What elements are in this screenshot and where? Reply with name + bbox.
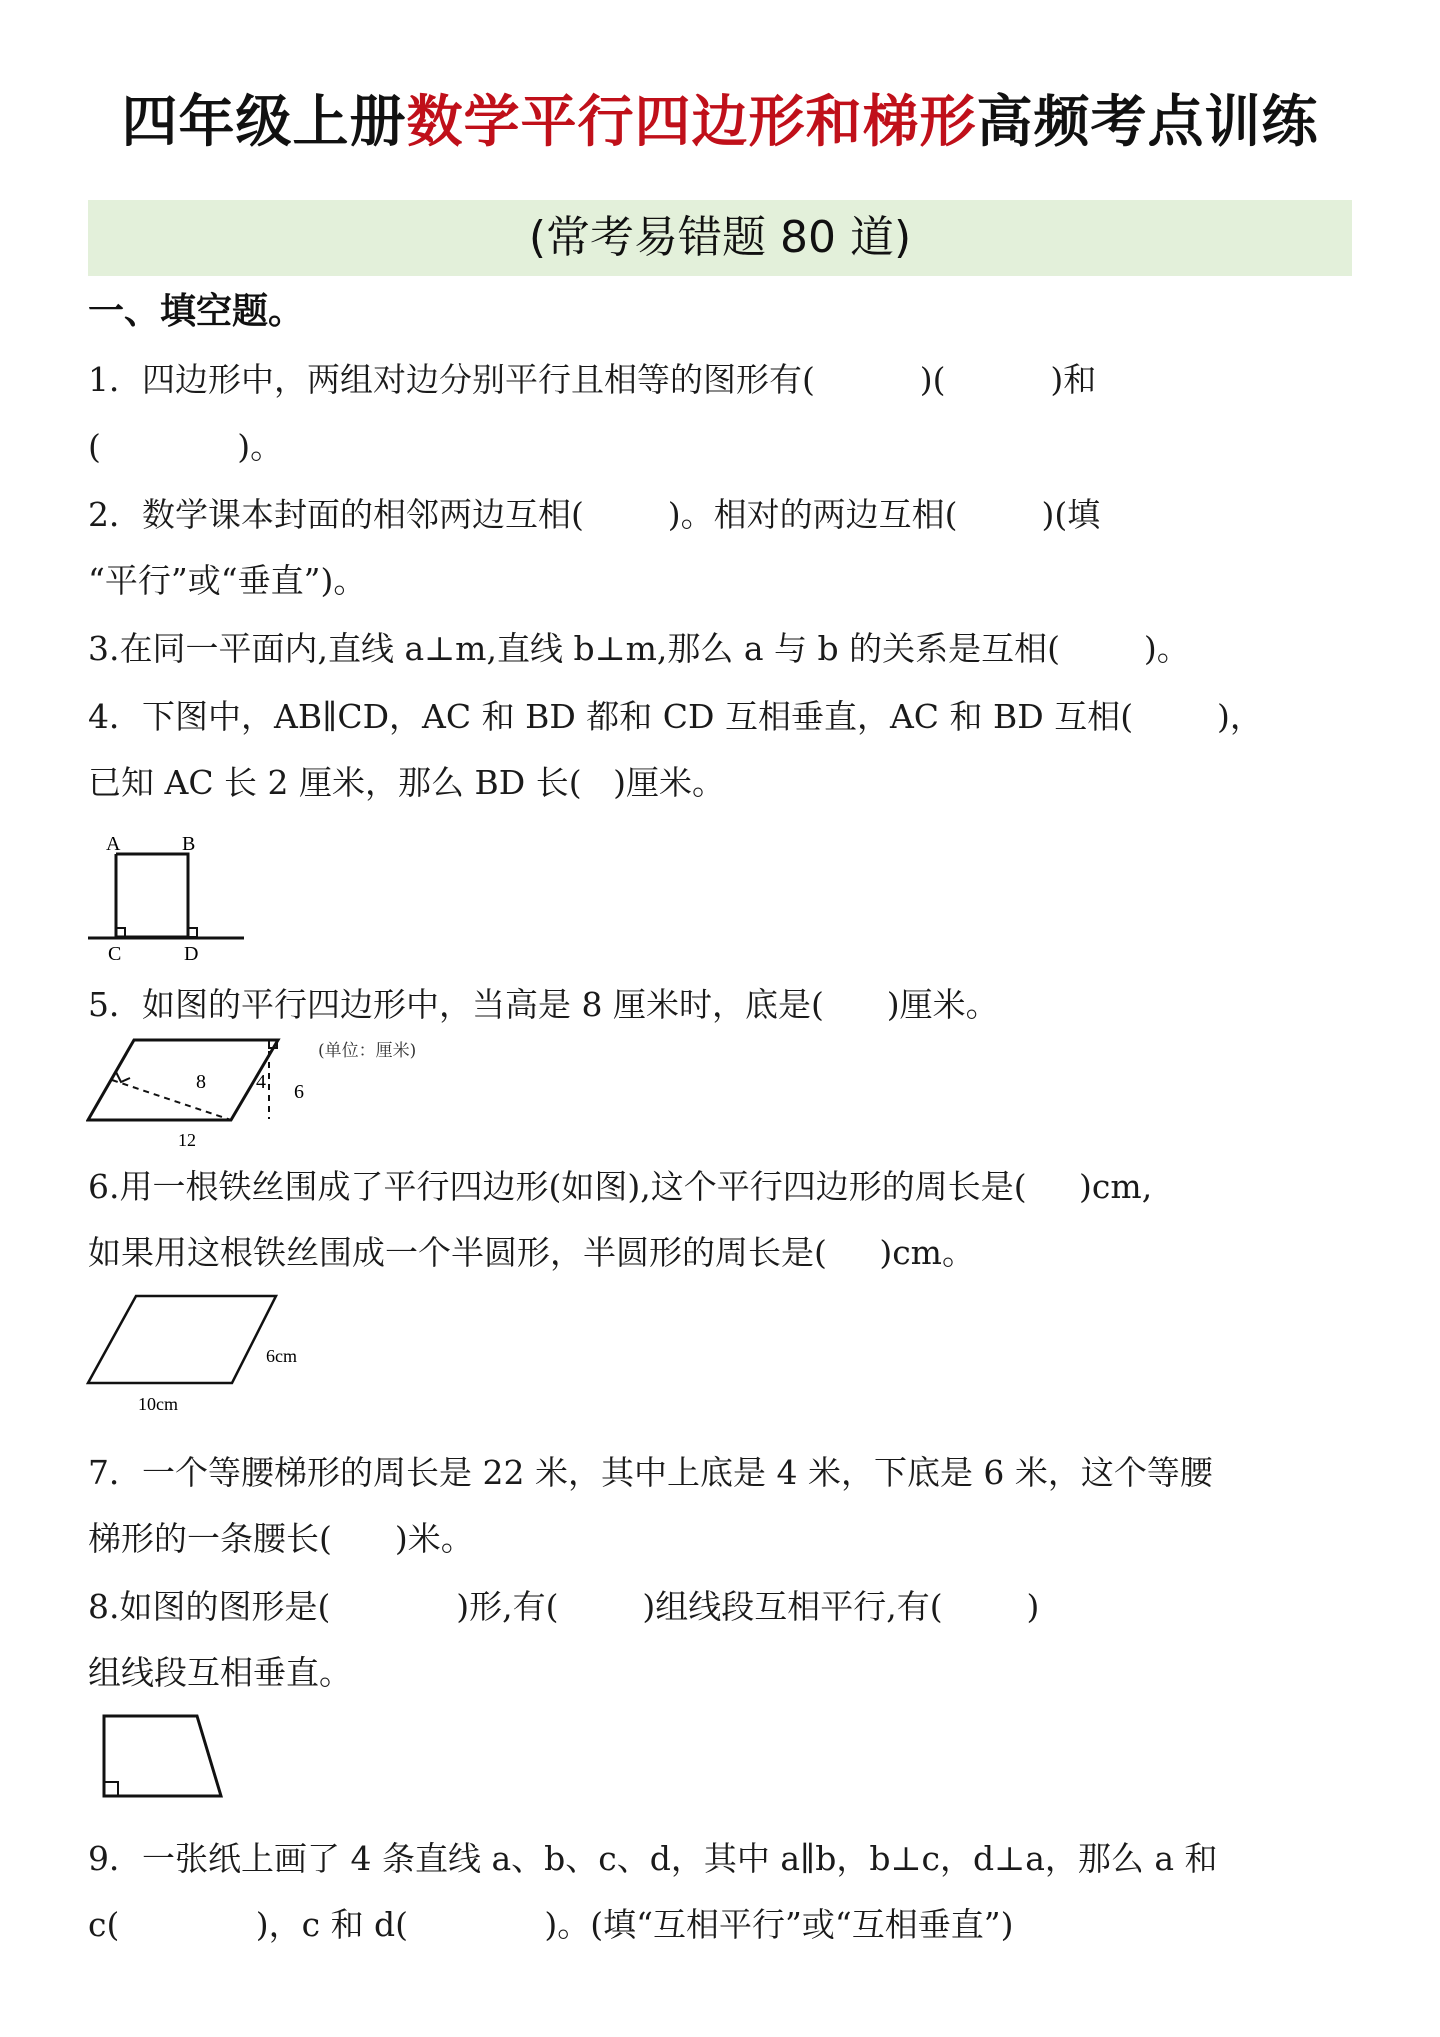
label-height-8: 8 <box>196 1071 206 1093</box>
question-6-line-2: 如果用这根铁丝围成一个半圆形，半圆形的周长是( )cm。 <box>88 1228 975 1278</box>
figure-q8-right-trapezoid <box>100 1712 230 1802</box>
question-8-line-1: 8.如图的图形是( )形,有( )组线段互相平行,有( ) <box>88 1582 1039 1632</box>
label-c: C <box>108 943 121 965</box>
figure-q5-parallelogram: 8 4 6 12 (单位：厘米) <box>86 1036 486 1156</box>
question-1-line-1: 1．四边形中，两组对边分别平行且相等的图形有( )( )和 <box>88 355 1096 405</box>
question-9-line-1: 9．一张纸上画了 4 条直线 a、b、c、d，其中 a∥b，b⊥c，d⊥a，那么… <box>88 1834 1218 1884</box>
page-title: 四年级上册数学平行四边形和梯形高频考点训练 <box>0 88 1440 158</box>
label-side-6cm: 6cm <box>266 1346 297 1366</box>
question-8-line-2: 组线段互相垂直。 <box>88 1648 352 1698</box>
question-7-line-2: 梯形的一条腰长( )米。 <box>88 1514 474 1564</box>
label-base-12: 12 <box>178 1130 196 1150</box>
figure-q4-rectangle-on-line: A B C D <box>86 826 256 966</box>
question-6-line-1: 6.用一根铁丝围成了平行四边形(如图),这个平行四边形的周长是( )cm, <box>88 1162 1152 1212</box>
label-b: B <box>182 833 195 855</box>
question-2-line-1: 2．数学课本封面的相邻两边互相( )。相对的两边互相( )(填 <box>88 490 1100 540</box>
label-d: D <box>184 943 198 965</box>
question-4-line-2: 已知 AC 长 2 厘米，那么 BD 长( )厘米。 <box>88 758 725 808</box>
title-part-2: 高频考点训练 <box>977 90 1319 155</box>
subtitle-band: (常考易错题 80 道) <box>88 200 1352 276</box>
section-heading: 一、填空题。 <box>88 284 304 340</box>
question-7-line-1: 7．一个等腰梯形的周长是 22 米，其中上底是 4 米，下底是 6 米，这个等腰 <box>88 1448 1213 1498</box>
question-5-line-1: 5．如图的平行四边形中，当高是 8 厘米时，底是( )厘米。 <box>88 980 999 1030</box>
unit-note: (单位：厘米) <box>318 1041 416 1061</box>
question-4-line-1: 4．下图中，AB∥CD，AC 和 BD 都和 CD 互相垂直，AC 和 BD 互… <box>88 692 1263 742</box>
subtitle: (常考易错题 80 道) <box>88 200 1352 276</box>
label-base-10cm: 10cm <box>138 1394 178 1414</box>
label-side-6: 6 <box>294 1081 304 1103</box>
title-part-1: 四年级上册 <box>122 90 407 155</box>
question-3-line-1: 3.在同一平面内,直线 a⊥m,直线 b⊥m,那么 a 与 b 的关系是互相( … <box>88 624 1190 674</box>
label-height-4: 4 <box>256 1071 266 1093</box>
question-1-line-2: ( )。 <box>88 422 283 472</box>
label-a: A <box>106 833 121 855</box>
figure-q6-parallelogram: 6cm 10cm <box>86 1288 316 1418</box>
title-highlight: 数学平行四边形和梯形 <box>407 90 977 155</box>
question-2-line-2: “平行”或“垂直”)。 <box>88 556 366 606</box>
question-9-line-2: c( )，c 和 d( )。(填“互相平行”或“互相垂直”) <box>88 1900 1014 1950</box>
